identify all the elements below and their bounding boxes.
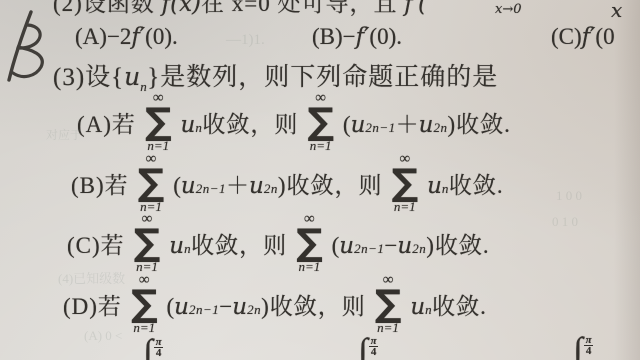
summation-symbol: ∞∑n=1 xyxy=(138,153,165,213)
math-fragment: (u2n−1＋u2n)收敛，则 xyxy=(173,167,382,200)
math-fragment: un 收敛. xyxy=(410,288,487,321)
textbook-photo-page: { "margin_note": { "letter": "B" }, "q2"… xyxy=(0,0,640,360)
bleedthrough-text: (A) 0 < xyxy=(84,328,122,344)
integral-symbol: ∫ π4 xyxy=(573,335,593,360)
math-fragment: (u2n−1＋u2n)收敛. xyxy=(343,106,511,139)
summation-symbol: ∞∑n=1 xyxy=(296,213,323,273)
option-label: (A)若 xyxy=(77,106,136,139)
q2-option-c: (C)f′(0 xyxy=(551,24,615,50)
bleedthrough-text: 0 1 0 xyxy=(552,214,578,230)
summation-symbol: ∞∑n=1 xyxy=(375,274,402,334)
q3-option-a: (A)若 ∞∑n=1 un 收敛，则 ∞∑n=1 (u2n−1＋u2n)收敛. xyxy=(77,92,637,152)
q2-limit-subscript: x→0 xyxy=(495,2,522,17)
option-label: (C)若 xyxy=(67,227,125,260)
summation-symbol: ∞∑n=1 xyxy=(134,213,161,273)
page-edge-shadow xyxy=(614,0,640,360)
bleedthrough-text: (4)已知级数 xyxy=(58,268,125,287)
q3-option-b: (B)若 ∞∑n=1 (u2n−1＋u2n)收敛，则 ∞∑n=1 un 收敛. xyxy=(71,153,640,213)
q2-stem-text: (2)设函数 xyxy=(53,0,162,16)
q2-option-a: (A)−2f′(0). xyxy=(75,24,178,50)
math-fragment: (u2n−1−u2n)收敛，则 xyxy=(167,288,366,321)
summation-symbol: ∞∑n=1 xyxy=(145,92,172,152)
summation-symbol: ∞∑n=1 xyxy=(131,274,158,334)
integral-symbol: ∫ π4 xyxy=(143,337,163,360)
bleedthrough-text: 对应于 xyxy=(46,126,82,143)
handwritten-answer-mark-B xyxy=(0,5,56,85)
option-label: (D)若 xyxy=(63,288,122,321)
q2-stem-fragment: (2)设函数 f(x)在 x=0 处可导，且 f′( xyxy=(53,0,427,18)
math-fragment: un 收敛，则 xyxy=(181,106,299,139)
q3-option-c: (C)若 ∞∑n=1 un 收敛，则 ∞∑n=1 (u2n−1−u2n)收敛. xyxy=(67,213,627,273)
summation-symbol: ∞∑n=1 xyxy=(307,92,334,152)
integral-symbol: ∫ π4 xyxy=(358,336,378,360)
q2-option-b: (B)−f′(0). xyxy=(312,24,402,50)
math-fragment: (u2n−1−u2n)收敛. xyxy=(332,227,490,260)
q3-stem: (3)设{un}是数列，则下列命题正确的是 xyxy=(53,57,498,93)
bleedthrough-text: —1)1. xyxy=(226,32,265,49)
summation-symbol: ∞∑n=1 xyxy=(392,153,419,213)
math-fragment: un 收敛. xyxy=(427,167,504,200)
q3-option-d: (D)若 ∞∑n=1 (u2n−1−u2n)收敛，则 ∞∑n=1 un 收敛. xyxy=(63,274,638,334)
option-label: (B)若 xyxy=(71,167,129,200)
bleedthrough-text: 1 0 0 xyxy=(556,188,582,204)
math-fragment: un 收敛，则 xyxy=(169,227,287,260)
